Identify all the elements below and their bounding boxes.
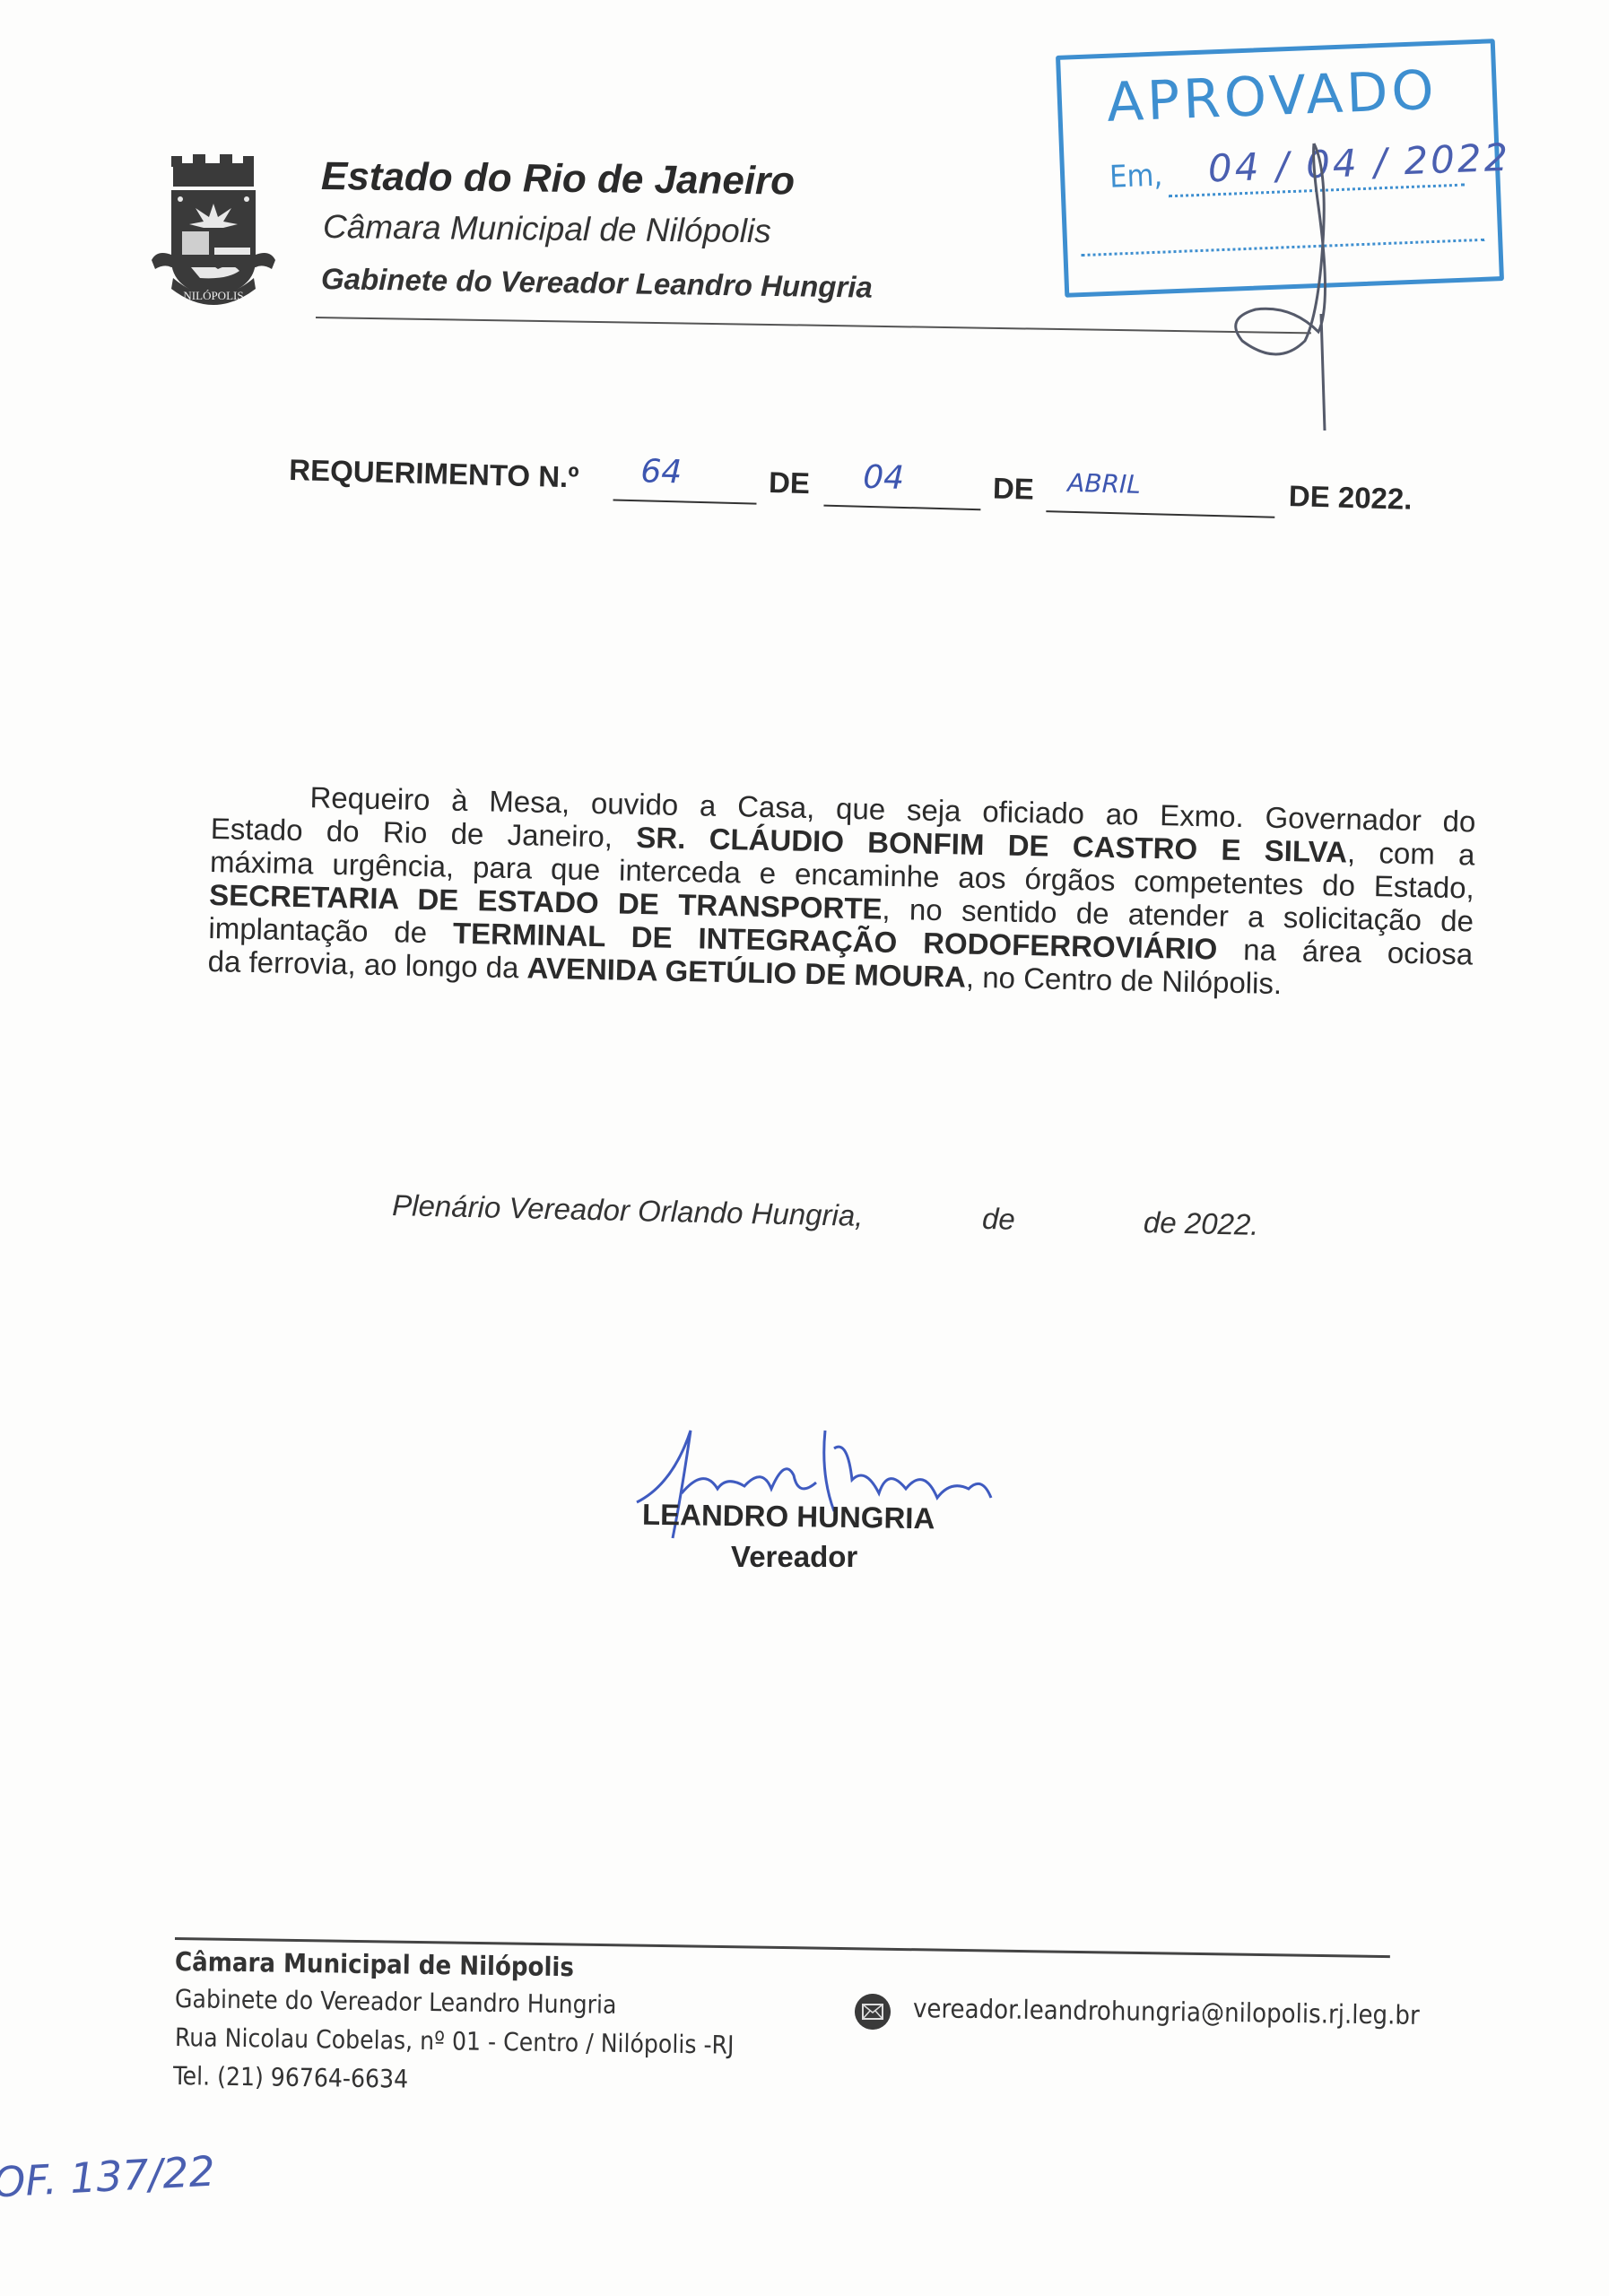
closing-year: de 2022. <box>1144 1205 1259 1242</box>
closing-line: Plenário Vereador Orlando Hungria, de de… <box>391 1188 1289 1263</box>
envelope-icon <box>855 1994 891 2030</box>
body-text: na área ociosa <box>1217 933 1474 971</box>
margin-handwritten-note: OF. 137/22 <box>0 2147 216 2207</box>
body-text: implantação de <box>208 911 453 950</box>
signatory-name: LEANDRO HUNGRIA <box>642 1498 935 1536</box>
office-subtitle: Gabinete do Vereador Leandro Hungria <box>321 262 873 305</box>
body-text: , com a <box>1347 836 1475 872</box>
month-blank <box>1046 510 1274 518</box>
header-divider <box>316 317 1311 334</box>
closing-place: Plenário Vereador Orlando Hungria, <box>392 1188 864 1233</box>
municipal-crest-icon: NILÓPOLIS <box>146 154 281 312</box>
number-blank <box>613 499 757 504</box>
footer-office: Gabinete do Vereador Leandro Hungria <box>175 1984 617 2020</box>
state-title: Estado do Rio de Janeiro <box>321 154 796 204</box>
body-text: da ferrovia, ao longo da <box>207 944 527 984</box>
stamp-title: APROVADO <box>1106 59 1439 135</box>
stamp-date-prefix: Em, <box>1109 158 1162 196</box>
requerimento-month: ABRIL <box>1067 468 1142 500</box>
closing-de: de <box>982 1202 1016 1237</box>
svg-text:NILÓPOLIS: NILÓPOLIS <box>183 289 243 302</box>
footer-email[interactable]: vereador.leandrohungria@nilopolis.rj.leg… <box>913 1993 1420 2031</box>
requerimento-number: 64 <box>640 453 683 491</box>
signatory-role: Vereador <box>731 1540 857 1574</box>
approval-signature-scribble <box>1206 135 1386 430</box>
footer-phone: Tel. (21) 96764-6634 <box>173 2061 409 2094</box>
year-label: DE 2022. <box>1288 479 1413 517</box>
requerimento-line: REQUERIMENTO N.º 64 DE 04 DE ABRIL DE 20… <box>288 444 1456 546</box>
day-blank <box>823 505 980 511</box>
body-text: , no Centro de Nilópolis. <box>966 961 1283 1000</box>
request-body: Requeiro à Mesa, ouvido a Casa, que seja… <box>207 778 1475 1004</box>
de-label-1: DE <box>769 465 811 500</box>
footer-address: Rua Nicolau Cobelas, nº 01 - Centro / Ni… <box>175 2022 735 2060</box>
footer-chamber: Câmara Municipal de Nilópolis <box>175 1946 574 1982</box>
de-label-2: DE <box>993 472 1035 507</box>
requerimento-day: 04 <box>863 459 905 497</box>
chamber-subtitle: Câmara Municipal de Nilópolis <box>323 208 771 250</box>
requerimento-label: REQUERIMENTO N.º <box>289 453 579 494</box>
